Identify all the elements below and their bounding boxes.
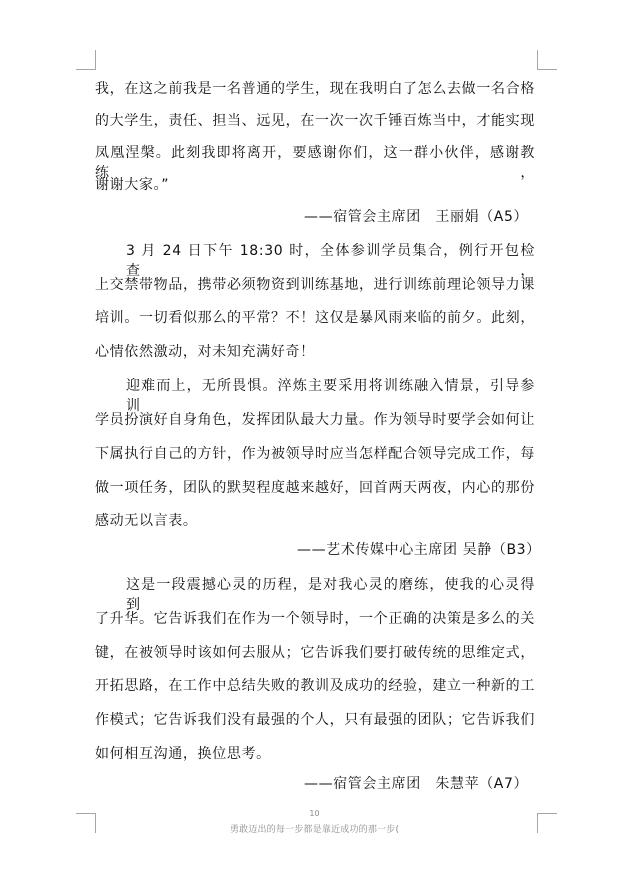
signature-zhu-huiping: ——宿管会主席团 朱慧苹（A7） (304, 773, 528, 793)
crop-mark-top-left-h (76, 69, 96, 70)
crop-mark-top-right-v (537, 50, 538, 70)
footer-motto: 勇敢迈出的每一步都是靠近成功的那一步( (0, 822, 629, 835)
crop-mark-top-left-v (95, 50, 96, 70)
crop-mark-top-right-h (537, 69, 557, 70)
page-number: 10 (0, 809, 629, 818)
signature-wang-lijuan: ——宿管会主席团 王丽娟（A5） (304, 206, 528, 226)
signature-wu-jing: ——艺术传媒中心主席团 吴静（B3） (297, 539, 541, 559)
